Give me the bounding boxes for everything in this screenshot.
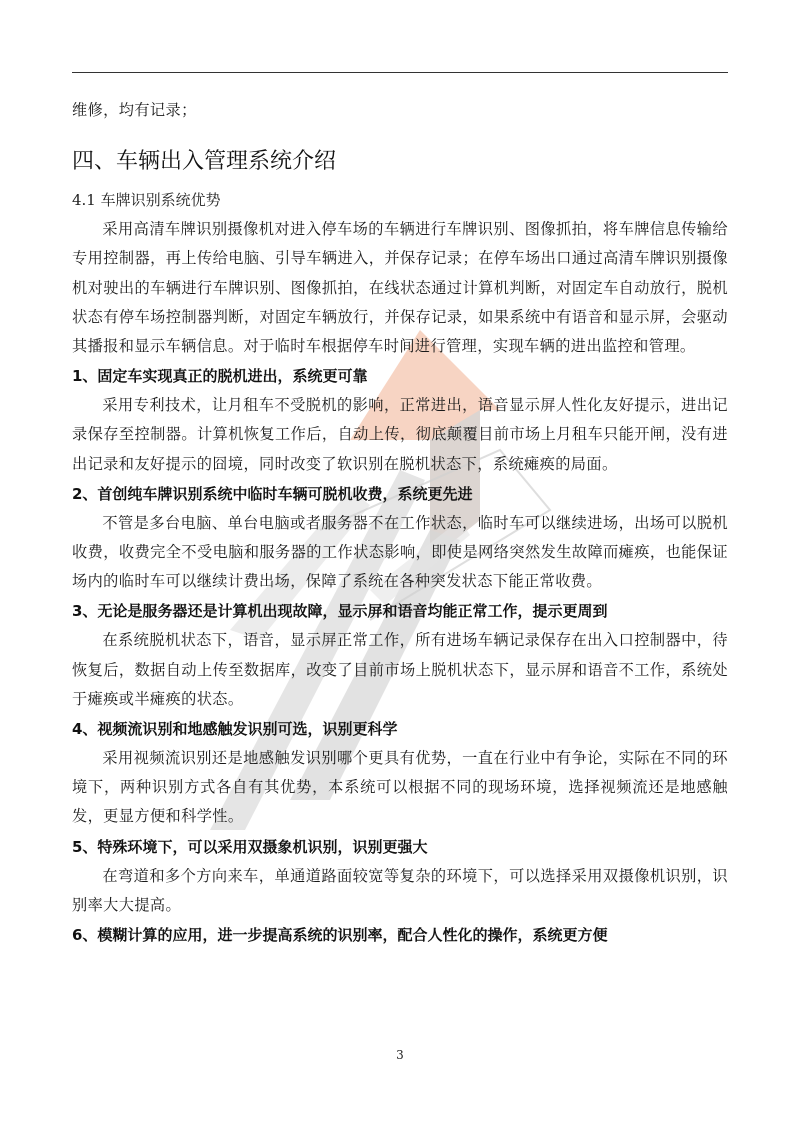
header-rule <box>72 72 728 73</box>
advantage-heading-2: 2、首创纯车牌识别系统中临时车辆可脱机收费，系统更先进 <box>72 479 728 509</box>
advantage-body-3: 在系统脱机状态下，语音，显示屏正常工作，所有进场车辆记录保存在出入口控制器中，待… <box>72 626 728 714</box>
advantage-heading-3: 3、无论是服务器还是计算机出现故障，显示屏和语音均能正常工作，提示更周到 <box>72 596 728 626</box>
advantage-heading-6: 6、模糊计算的应用，进一步提高系统的识别率，配合人性化的操作，系统更方便 <box>72 920 728 950</box>
advantage-body-4: 采用视频流识别还是地感触发识别哪个更具有优势，一直在行业中有争论，实际在不同的环… <box>72 744 728 832</box>
section-title: 四、车辆出入管理系统介绍 <box>72 147 728 177</box>
advantage-heading-5: 5、特殊环境下，可以采用双摄象机识别，识别更强大 <box>72 832 728 862</box>
advantage-body-1: 采用专利技术，让月租车不受脱机的影响，正常进出，语音显示屏人性化友好提示，进出记… <box>72 391 728 479</box>
page-number: 3 <box>0 1048 800 1062</box>
advantage-body-2: 不管是多台电脑、单台电脑或者服务器不在工作状态，临时车可以继续进场，出场可以脱机… <box>72 509 728 597</box>
subsection-title: 4.1 车牌识别系统优势 <box>72 185 728 215</box>
advantage-heading-1: 1、固定车实现真正的脱机进出，系统更可靠 <box>72 361 728 391</box>
advantage-heading-4: 4、视频流识别和地感触发识别可选，识别更科学 <box>72 714 728 744</box>
advantage-body-5: 在弯道和多个方向来车，单通道路面较宽等复杂的环境下，可以选择采用双摄像机识别，识… <box>72 862 728 920</box>
document-body: 维修，均有记录； 四、车辆出入管理系统介绍 4.1 车牌识别系统优势 采用高清车… <box>72 96 728 950</box>
continuation-text: 维修，均有记录； <box>72 96 728 125</box>
intro-paragraph: 采用高清车牌识别摄像机对进入停车场的车辆进行车牌识别、图像抓拍，将车牌信息传输给… <box>72 215 728 361</box>
